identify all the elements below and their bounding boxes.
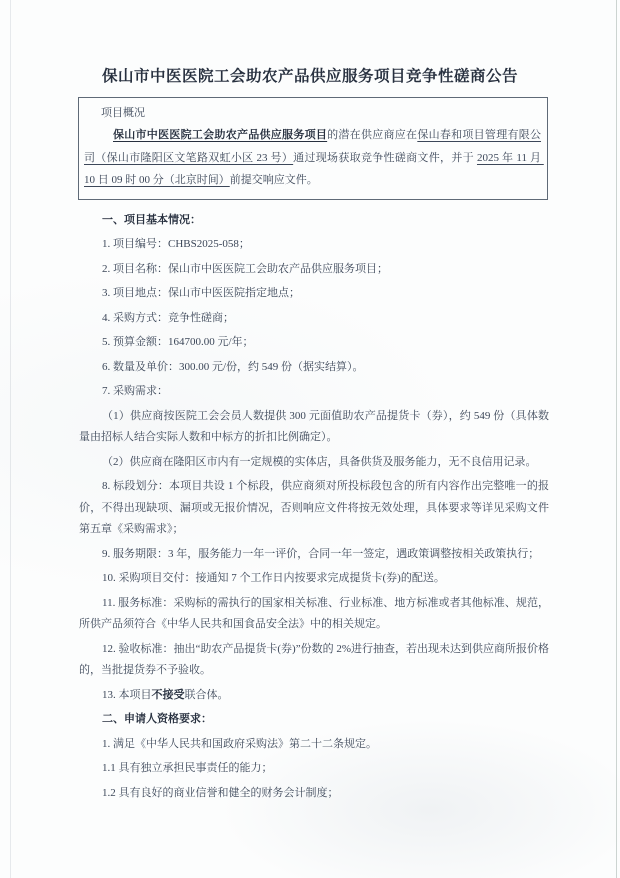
body-paragraph: 2. 项目名称：保山市中医医院工会助农产品供应服务项目； — [79, 259, 549, 281]
text-run: 13. 本项目 — [102, 689, 152, 701]
scan-edge-left — [10, 0, 11, 878]
text-run: 二、申请人资格要求： — [102, 713, 212, 725]
body-paragraph: 3. 项目地点：保山市中医医院指定地点； — [79, 283, 549, 305]
body-paragraph: 1. 满足《中华人民共和国政府采购法》第二十二条规定。 — [79, 734, 549, 756]
text-run: 9. 服务期限：3 年，服务能力一年一评价，合同一年一签定，遇政策调整按相关政策… — [102, 548, 539, 560]
text-run: 1. 满足《中华人民共和国政府采购法》第二十二条规定。 — [102, 738, 377, 750]
section-heading: 二、申请人资格要求： — [79, 709, 549, 731]
document-title: 保山市中医医院工会助农产品供应服务项目竞争性磋商公告 — [0, 0, 620, 88]
body-paragraph: 11. 服务标准：采购标的需执行的国家相关标准、行业标准、地方标准或者其他标准、… — [79, 593, 549, 636]
body-paragraph: 6. 数量及单价：300.00 元/份，约 549 份（据实结算）。 — [79, 357, 549, 379]
text-run: 2. 项目名称：保山市中医医院工会助农产品供应服务项目； — [102, 263, 388, 275]
section-heading: 一、项目基本情况： — [79, 210, 549, 232]
text-run: 前提交响应文件。 — [230, 174, 318, 186]
body-paragraph: 1.1 具有独立承担民事责任的能力； — [79, 758, 549, 780]
body-paragraph: 1. 项目编号：CHBS2025-058； — [79, 234, 549, 256]
document-body: 一、项目基本情况：1. 项目编号：CHBS2025-058；2. 项目名称：保山… — [79, 210, 549, 805]
body-paragraph: 1.2 具有良好的商业信誉和健全的财务会计制度； — [79, 783, 549, 805]
scan-edge-right — [616, 0, 617, 878]
text-run: （2）供应商在隆阳区市内有一定规模的实体店，具备供货及服务能力，无不良信用记录。 — [102, 456, 537, 468]
text-run: 一、项目基本情况： — [102, 214, 201, 226]
text-run: 通过现场获取竞争性磋商文件，并于 — [293, 152, 477, 164]
project-overview-box: 项目概况 保山市中医医院工会助农产品供应服务项目的潜在供应商应在保山春和项目管理… — [78, 97, 548, 200]
body-paragraph: 13. 本项目不接受联合体。 — [79, 685, 549, 707]
text-run: 11. 服务标准：采购标的需执行的国家相关标准、行业标准、地方标准或者其他标准、… — [79, 597, 549, 631]
text-run: 6. 数量及单价：300.00 元/份，约 549 份（据实结算）。 — [102, 361, 364, 373]
scanned-document-page: 保山市中医医院工会助农产品供应服务项目竞争性磋商公告 项目概况 保山市中医医院工… — [0, 0, 620, 878]
text-run: 1.2 具有良好的商业信誉和健全的财务会计制度； — [102, 787, 339, 799]
body-paragraph: 9. 服务期限：3 年，服务能力一年一评价，合同一年一签定，遇政策调整按相关政策… — [79, 544, 549, 566]
text-run: 不接受 — [152, 689, 185, 701]
body-paragraph: 7. 采购需求： — [79, 381, 549, 403]
text-run: 保山市中医医院工会助农产品供应服务项目 — [113, 129, 327, 141]
text-run: 1. 项目编号：CHBS2025-058； — [102, 238, 250, 250]
text-run: （1）供应商按医院工会会员人数提供 300 元面值助农产品提货卡（券），约 54… — [79, 410, 549, 444]
body-paragraph: 12. 验收标准：抽出“助农产品提货卡(券)”份数的 2%进行抽查，若出现未达到… — [79, 639, 549, 682]
body-paragraph: 8. 标段划分：本项目共设 1 个标段，供应商须对所投标段包含的所有内容作出完整… — [79, 476, 549, 541]
body-paragraph: 10. 采购项目交付：接通知 7 个工作日内按要求完成提货卡(券)的配送。 — [79, 568, 549, 590]
text-run: 8. 标段划分：本项目共设 1 个标段，供应商须对所投标段包含的所有内容作出完整… — [79, 480, 549, 535]
body-paragraph: （2）供应商在隆阳区市内有一定规模的实体店，具备供货及服务能力，无不良信用记录。 — [79, 452, 549, 474]
body-paragraph: （1）供应商按医院工会会员人数提供 300 元面值助农产品提货卡（券），约 54… — [79, 406, 549, 449]
text-run: 12. 验收标准：抽出“助农产品提货卡(券)”份数的 2%进行抽查，若出现未达到… — [79, 643, 549, 677]
text-run: 10. 采购项目交付：接通知 7 个工作日内按要求完成提货卡(券)的配送。 — [102, 572, 445, 584]
overview-paragraph: 保山市中医医院工会助农产品供应服务项目的潜在供应商应在保山春和项目管理有限公司（… — [84, 124, 541, 192]
text-run: 3. 项目地点：保山市中医医院指定地点； — [102, 287, 300, 299]
body-paragraph: 4. 采购方式：竞争性磋商； — [79, 308, 549, 330]
text-run: 7. 采购需求： — [102, 385, 168, 397]
text-run: 联合体。 — [185, 689, 229, 701]
body-paragraph: 5. 预算金额：164700.00 元/年； — [79, 332, 549, 354]
overview-heading: 项目概况 — [84, 102, 541, 124]
text-run: 的潜在供应商应在 — [327, 129, 417, 141]
text-run: 4. 采购方式：竞争性磋商； — [102, 312, 234, 324]
text-run: 5. 预算金额：164700.00 元/年； — [102, 336, 254, 348]
text-run: 1.1 具有独立承担民事责任的能力； — [102, 762, 273, 774]
